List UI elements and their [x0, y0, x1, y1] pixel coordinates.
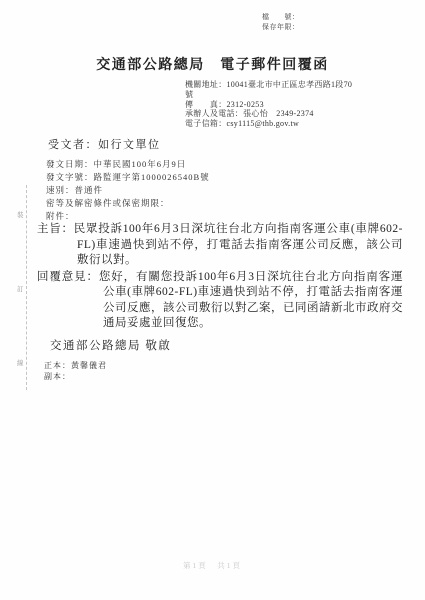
priority-line: 速別：普通件 [46, 184, 210, 197]
closing-line: 交通部公路總局 敬啟 [50, 339, 403, 355]
file-stamp: 檔 號： 保存年限： [262, 12, 300, 32]
retention-period-label: 保存年限： [262, 22, 300, 32]
original-recipient-line: 正本：黃馨儀君 [44, 361, 403, 372]
subject-label: 主旨： [37, 223, 74, 235]
agency-email: 電子信箱：csy1115@thb.gov.tw [185, 119, 395, 129]
page-footer: 第1頁 共1頁 [0, 560, 425, 571]
binding-mark-zhuang: 裝 [17, 210, 24, 219]
recipient-value: 如行文單位 [98, 139, 161, 151]
copy-label: 副本： [44, 372, 71, 381]
binding-mark-xian: 線 [17, 358, 24, 367]
binding-dashed-line [26, 185, 27, 390]
doc-number-line: 發文字號：路監運字第1000026540B號 [46, 171, 210, 184]
distribution-block: 正本：黃馨儀君 副本： [44, 361, 403, 382]
file-number-label: 檔 號： [262, 12, 300, 22]
issue-date-line: 發文日期：中華民國100年6月9日 [46, 158, 210, 171]
reply-label: 回覆意見： [37, 271, 99, 283]
security-line: 密等及解密條件或保密期限： [46, 197, 210, 210]
document-meta-block: 發文日期：中華民國100年6月9日 發文字號：路監運字第1000026540B號… [46, 158, 210, 223]
document-title: 交通部公路總局 電子郵件回覆函 [0, 54, 425, 74]
agency-contact: 承辦人及電話：張心怡 2349-2374 [185, 109, 395, 119]
binding-mark-ding: 訂 [17, 284, 24, 293]
agency-fax: 傳 真：2312-0253 [185, 100, 395, 110]
original-value: 黃馨儀君 [71, 361, 107, 370]
agency-address: 機關地址：10041臺北市中正區忠孝西路1段70號 [185, 80, 353, 100]
document-body: 主旨：民眾投訴100年6月3日深坑往台北方向指南客運公車(車牌602-FL)車速… [37, 222, 403, 382]
recipient-line: 受文者：如行文單位 [48, 136, 161, 152]
subject-paragraph: 主旨：民眾投訴100年6月3日深坑往台北方向指南客運公車(車牌602-FL)車速… [37, 222, 403, 269]
recipient-label: 受文者： [48, 139, 98, 151]
document-page: 檔 號： 保存年限： 交通部公路總局 電子郵件回覆函 機關地址：10041臺北市… [0, 0, 425, 600]
reply-text: 您好，有關您投訴100年6月3日深坑往台北方向指南客運公車(車牌602-FL)車… [99, 271, 403, 330]
reply-paragraph: 回覆意見：您好，有關您投訴100年6月3日深坑往台北方向指南客運公車(車牌602… [37, 270, 403, 332]
agency-info-block: 機關地址：10041臺北市中正區忠孝西路1段70號 傳 真：2312-0253 … [185, 80, 395, 129]
original-label: 正本： [44, 361, 71, 370]
copy-recipient-line: 副本： [44, 372, 403, 383]
subject-text: 民眾投訴100年6月3日深坑往台北方向指南客運公車(車牌602-FL)車速過快到… [74, 223, 403, 266]
